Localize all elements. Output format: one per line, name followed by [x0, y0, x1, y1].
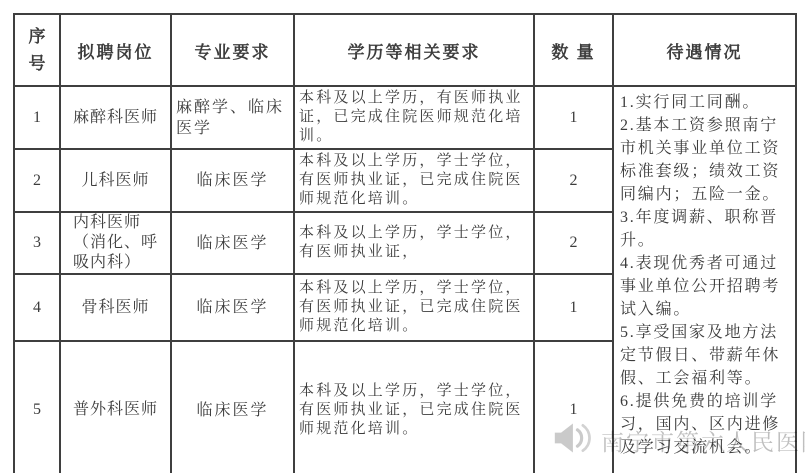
cell-education: 本科及以上学历，学士学位，有医师执业证，已完成住院医师规范化培训。	[294, 274, 534, 341]
cell-major: 临床医学	[171, 149, 294, 212]
cell-education: 本科及以上学历，有医师执业证，已完成住院医师规范化培训。	[294, 86, 534, 149]
cell-position: 麻醉科医师	[60, 86, 171, 149]
benefit-item: 3.年度调薪、职称晋升。	[620, 206, 793, 252]
cell-quantity: 1	[534, 341, 613, 473]
benefit-item: 2.基本工资参照南宁市机关事业单位工资标准套级；绩效工资同编内；五险一金。	[620, 114, 793, 206]
cell-major: 麻醉学、临床医学	[171, 86, 294, 149]
cell-benefits: 1.实行同工同酬。 2.基本工资参照南宁市机关事业单位工资标准套级；绩效工资同编…	[613, 86, 796, 473]
scanned-recruitment-notice: 序 号 拟聘岗位 专业要求 学历等相关要求 数 量 待遇情况 1 麻醉科医师 麻…	[0, 0, 805, 473]
header-position: 拟聘岗位	[60, 14, 171, 86]
benefit-item: 6.提供免费的培训学习，国内、区内进修及学习交流机会。	[620, 390, 793, 459]
benefit-item: 4.表现优秀者可通过事业单位公开招聘考试入编。	[620, 252, 793, 321]
cell-education: 本科及以上学历，学士学位，有医师执业证，已完成住院医师规范化培训。	[294, 341, 534, 473]
cell-major: 临床医学	[171, 274, 294, 341]
cell-position: 内科医师（消化、呼吸内科）	[60, 212, 171, 274]
cell-serial-number: 1	[14, 86, 60, 149]
cell-position: 普外科医师	[60, 341, 171, 473]
table-header-row: 序 号 拟聘岗位 专业要求 学历等相关要求 数 量 待遇情况	[14, 14, 796, 86]
cell-education: 本科及以上学历，学士学位，有医师执业证，已完成住院医师规范化培训。	[294, 149, 534, 212]
table-row: 1 麻醉科医师 麻醉学、临床医学 本科及以上学历，有医师执业证，已完成住院医师规…	[14, 86, 796, 149]
cell-position: 骨科医师	[60, 274, 171, 341]
cell-major: 临床医学	[171, 341, 294, 473]
header-benefits: 待遇情况	[613, 14, 796, 86]
cell-position: 儿科医师	[60, 149, 171, 212]
cell-quantity: 1	[534, 274, 613, 341]
cell-quantity: 1	[534, 86, 613, 149]
cell-serial-number: 4	[14, 274, 60, 341]
header-major: 专业要求	[171, 14, 294, 86]
cell-serial-number: 3	[14, 212, 60, 274]
cell-education: 本科及以上学历，学士学位，有医师执业证，	[294, 212, 534, 274]
cell-major: 临床医学	[171, 212, 294, 274]
header-quantity: 数 量	[534, 14, 613, 86]
benefit-item: 1.实行同工同酬。	[620, 91, 793, 114]
cell-quantity: 2	[534, 212, 613, 274]
cell-quantity: 2	[534, 149, 613, 212]
cell-serial-number: 2	[14, 149, 60, 212]
benefit-item: 5.享受国家及地方法定节假日、带薪年休假、工会福利等。	[620, 321, 793, 390]
header-serial-number: 序 号	[14, 14, 60, 86]
recruitment-table: 序 号 拟聘岗位 专业要求 学历等相关要求 数 量 待遇情况 1 麻醉科医师 麻…	[13, 13, 797, 473]
cell-serial-number: 5	[14, 341, 60, 473]
header-education: 学历等相关要求	[294, 14, 534, 86]
